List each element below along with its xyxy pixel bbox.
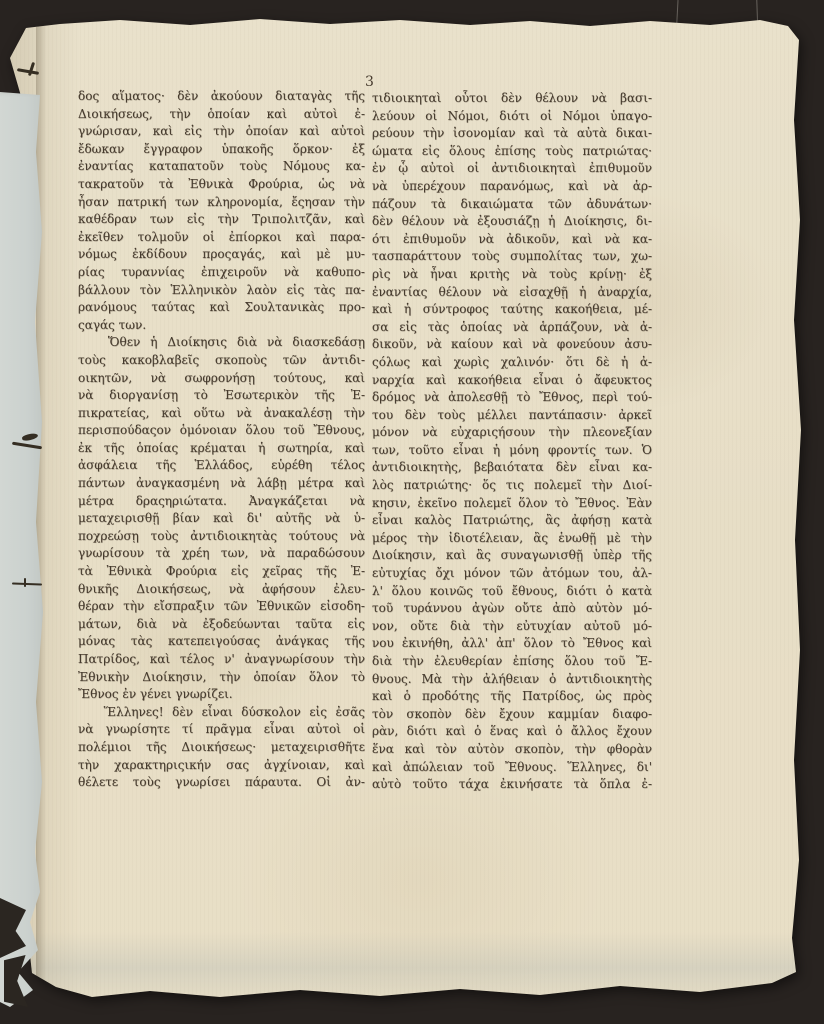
text-line: μόνας τὰς κατεπειγούσας ἀνάγκας τῆς <box>78 633 365 651</box>
text-line: ρίας τυραννίας ἐπιχειροῦν νὰ καθυπο- <box>78 264 365 282</box>
text-line: ρὰν, διότι καὶ ὁ ἕνας καὶ ὁ ἄλλος ἔχουν <box>372 723 652 741</box>
text-column-left: δος αἵματος· δὲν ἀκούουν διαταγὰς τῆςΔιο… <box>78 88 365 798</box>
text-line: δικοῦν, νὰ καίουν καὶ νὰ φονεύουν ἀσυ- <box>372 336 652 354</box>
text-line: τοὺς κακοβλαβεῖς σκοποὺς τῶν ἀντιδι- <box>78 352 365 370</box>
text-line: μέρος τὴν ἰδιοτέλειαν, ἂς ἑνωθῇ μὲ τὴν <box>372 530 652 548</box>
text-line: Πατρίδος, καὶ τέλος ν' ἀναγνωρίσουν τὴν <box>78 651 365 669</box>
text-line: Ὅθεν ἡ Διοίκησις διὰ νὰ διασκεδάσῃ <box>78 334 365 352</box>
text-line: εὐτυχίας ὄχι μόνον τῶν ἀτόμων του, ἀλ- <box>372 565 652 583</box>
text-line: πολέμιοι τῆς Διοικήσεως· μεταχειρισθῆτε <box>78 739 365 757</box>
text-line: ἕνα καὶ τὸν αὐτὸν σκοπὸν, τὴν φθορὰν <box>372 741 652 759</box>
text-line: ἀσφάλεια τῆς Ἑλλάδος, εὑρέθη τέλος <box>78 457 365 475</box>
text-line: νὰ διοργανίσῃ τὸ Ἐσωτερικὸν τῆς Ἐ- <box>78 387 365 405</box>
text-line: ἔδωκαν ἔγγραφον ὑπακοῆς ὅρκον· ἐξ <box>78 141 365 159</box>
text-line: πικρατείας, καὶ οὕτω νὰ ἀνακαλέσῃ τὴν <box>78 405 365 423</box>
text-line: τασπαράττουν τοὺς συμπολίτας των, χω- <box>372 248 652 266</box>
text-line: οικητῶν, νὰ σωφρονήσῃ τούτους, καὶ <box>78 370 365 388</box>
text-line: νου ἐκινήθη, ἀλλ' ἀπ' ὅλον τὸ Ἔθνος καὶ <box>372 635 652 653</box>
text-line: θνους. Μὰ τὴν ἀλήθειαν ὁ ἀντιδιοικητὴς <box>372 671 652 689</box>
text-line: λ' ὅλου κοινῶς τοῦ ἔθνους, διότι ὁ κατὰ <box>372 583 652 601</box>
text-line: Διοικήσεως, τὴν ὁποίαν καὶ αὐτοὶ ἐ- <box>78 106 365 124</box>
text-line: νὰ ὑπερέχουν παρανόμως, καὶ νὰ ἁρ- <box>372 178 652 196</box>
text-line: ἀντιδιοικητὴς, βεβαιότατα δὲν εἶναι κα- <box>372 459 652 477</box>
text-line: ρανόμους ταύτας καὶ Σουλτανικὰς προ- <box>78 299 365 317</box>
paper-sheet-wrapper: 3 δος αἵματος· δὲν ἀκούουν διαταγὰς τῆςΔ… <box>0 0 824 1024</box>
text-line: Ἐθνικὴν Διοίκησιν, τὴν ὁποίαν ὅλον τὸ <box>78 669 365 687</box>
text-line: αὐτὸ τοῦτο τάχα ἐκινήσατε τὰ ὅπλα ἐ- <box>372 776 652 794</box>
text-line: λὸς πατριώτης· ὅς τις πολεμεῖ τὴν Διοί- <box>372 477 652 495</box>
text-line: ἦσαν πατρική των κληρονομία, ἔςησαν τὴν <box>78 194 365 212</box>
text-line: τακρατοῦν τὰ Ἐθνικὰ Φρούρια, ὡς νὰ <box>78 176 365 194</box>
text-line: ἐκεῖθεν τολμοῦν οἱ ἐπίορκοι καὶ παρα- <box>78 229 365 247</box>
text-line: μεταχειρισθῇ βίαν καὶ δι' αὐτῆς νὰ ὑ- <box>78 510 365 528</box>
text-line: διὰ τὴν ἐλευθερίαν ἐπίσης ὅλου τοῦ Ἔ- <box>372 653 652 671</box>
text-line: δὲν θέλουν νὰ ἐξουσιάζῃ ἡ Διοίκησις, δι- <box>372 213 652 231</box>
text-line: Διοίκησιν, καὶ ἂς συναγωνισθῇ ὑπὲρ τῆς <box>372 547 652 565</box>
text-line: ότι ἐπιθυμοῦν νὰ ἀδικοῦν, καὶ νὰ κα- <box>372 231 652 249</box>
text-line: νὰ γνωρίσητε τί πρᾶγμα εἶναι αὐτοὶ οἱ <box>78 721 365 739</box>
text-line: τοῦ τυράννου ἀγὼν οὔτε ἀπὸ αὐτὸν μό- <box>372 600 652 618</box>
text-line: μόνον νὰ εὐχαριςήσουν τὴν πλεονεξίαν <box>372 424 652 442</box>
text-line: τιδιοικηταὶ οὗτοι δὲν θέλουν νὰ βασι- <box>372 90 652 108</box>
text-line: τὸν σκοπὸν δὲν ἔχουν καμμίαν διαφο- <box>372 706 652 724</box>
text-line: του δὲν τοὺς μέλλει παντάπασιν· ἀρκεῖ <box>372 407 652 425</box>
text-line: ώματα εἰς ὅλους ἐπίσης τοὺς πατριώτας· <box>372 143 652 161</box>
text-line: ἐναντίας καταπατοῦν τοὺς Νόμους κα- <box>78 158 365 176</box>
paper-sheet: 3 δος αἵματος· δὲν ἀκούουν διαταγὰς τῆςΔ… <box>0 0 824 1024</box>
text-line: ςόλως καὶ χωρὶς χαλινόν· ὅτι δὲ ἡ ἀ- <box>372 354 652 372</box>
text-column-right: τιδιοικηταὶ οὗτοι δὲν θέλουν νὰ βασι-λεύ… <box>372 90 652 800</box>
text-line: νόμως ἐκδίδουν προςαγάς, καὶ μὲ μυ- <box>78 246 365 264</box>
text-line: καθέδραν των εἰς τὴν Τριπολιτζᾶν, καὶ <box>78 211 365 229</box>
text-line: θέραν τὴν εἴσπραξιν τῶν Ἐθνικῶν εἰσοδη- <box>78 598 365 616</box>
text-line: Ἕλληνες! δὲν εἶναι δύσκολον εἰς ἐσᾶς <box>78 704 365 722</box>
text-line: μάτων, διὰ νὰ ἐξοδεύωνται ταῦτα εἰς <box>78 616 365 634</box>
text-line: Ἔθνος ἐν γένει γνωρίζει. <box>78 686 365 704</box>
text-line: λεύουν οἱ Νόμοι, διότι οἱ Νόμοι ὑπαγο- <box>372 108 652 126</box>
text-line: ποχρεώσῃ τοὺς ἀντιδιοικητὰς τούτους νὰ <box>78 528 365 546</box>
scanned-document-photo: 3 δος αἵματος· δὲν ἀκούουν διαταγὰς τῆςΔ… <box>0 0 824 1024</box>
text-line: βάλλουν τὸν Ἑλληνικὸν λαὸν εἰς τὰς πα- <box>78 282 365 300</box>
text-line: κησιν, ἐκεῖνο πολεμεῖ ὅλον τὸ Ἔθνος. Ἐὰν <box>372 495 652 513</box>
text-line: δος αἵματος· δὲν ἀκούουν διαταγὰς τῆς <box>78 88 365 106</box>
text-line: τὰ Ἐθνικὰ Φρούρια εἰς χεῖρας τῆς Ἐ- <box>78 563 365 581</box>
text-line: ρὶς νὰ ἦναι κριτὴς νὰ τοὺς κρίνῃ· ἐξ <box>372 266 652 284</box>
text-line: εἶναι καλὸς Πατριώτης, ἂς ἀφήσῃ κατὰ <box>372 512 652 530</box>
text-line: των, τοῦτο εἶναι ἡ μόνη φροντίς των. Ὁ <box>372 442 652 460</box>
text-line: ρεύουν τὴν ἰσονομίαν καὶ τὰ αὐτὰ δικαι- <box>372 125 652 143</box>
text-line: καὶ ἡ σύντροφος ταύτης κακοήθεια, μέ- <box>372 301 652 319</box>
text-line: τὴν χαρακτηριςικήν σας ἀγχίνοιαν, καὶ <box>78 757 365 775</box>
text-line: ναρχία καὶ κακοήθεια εἶναι ὁ ἄφευκτος <box>372 372 652 390</box>
text-line: πάζουν τὰ δικαιώματα τῶν ἀδυνάτων· <box>372 196 652 214</box>
text-line: γνώρισαν, καὶ εἰς τὴν ὁποίαν καὶ αὐτοὶ <box>78 123 365 141</box>
text-line: θνικῆς Διοικήσεως, νὰ ἀφήσουν ἐλευ- <box>78 581 365 599</box>
text-line: μέτρα δραςηριώτατα. Ἀναγκάζεται νὰ <box>78 493 365 511</box>
text-line: νον, οὔτε διὰ τὴν εὐτυχίαν αὐτοῦ μό- <box>372 618 652 636</box>
text-line: ἐκ τῆς ὁποίας κρέμαται ἡ σωτηρία, καὶ <box>78 440 365 458</box>
text-line: περισπούδαςον ὁμόνοιαν ὅλου τοῦ Ἔθνους, <box>78 422 365 440</box>
text-line: καὶ ἀπώλειαν τοῦ Ἔθνους. Ἕλληνες, δι' <box>372 759 652 777</box>
text-line: πάντων ἀναγκασμένη νὰ λάβῃ μέτρα καὶ <box>78 475 365 493</box>
text-line: ἐν ᾧ αὐτοὶ οἱ ἀντιδιοικηταὶ ἐπιθυμοῦν <box>372 160 652 178</box>
text-line: καὶ ὁ προδότης τῆς Πατρίδος, ὡς πρὸς <box>372 688 652 706</box>
text-line: γνωρίσουν τὰ χρέη των, νὰ παραδώσουν <box>78 545 365 563</box>
text-line: ςαγάς των. <box>78 317 365 335</box>
sewing-stitch <box>24 578 26 587</box>
text-line: θέλετε τοὺς γνωρίσει πάραυτα. Οἱ ἀν- <box>78 774 365 792</box>
text-line: ἐναντίας θέλουν νὰ εἰσαχθῇ ἡ ἀναρχία, <box>372 284 652 302</box>
text-line: δρόμος νὰ ἀπολεσθῇ τὸ Ἔθνος, περὶ τού- <box>372 389 652 407</box>
text-line: σα εἰς τὰς ὁποίας νὰ ἁρπάζουν, νὰ ἀ- <box>372 319 652 337</box>
binding-crease <box>36 24 48 986</box>
